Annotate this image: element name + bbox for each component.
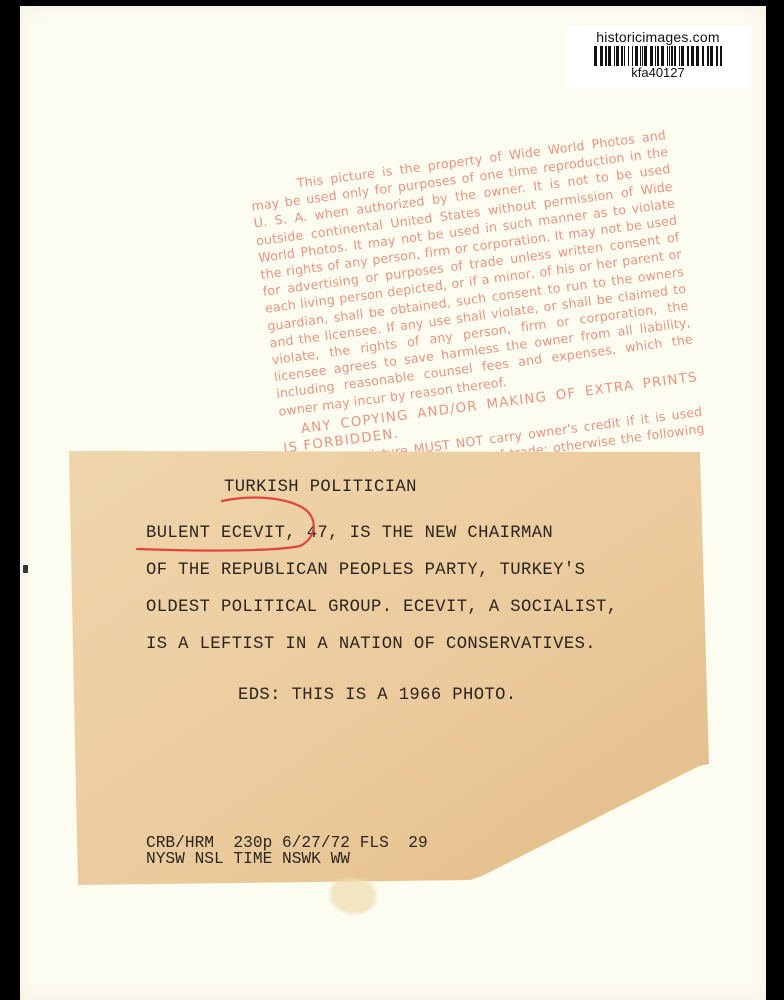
copyright-stamp: This picture is the property of Wide Wor… (248, 126, 712, 539)
sticker-code: kfa40127 (565, 66, 751, 80)
archive-sticker: historicimages.com kfa40127 (565, 26, 751, 88)
barcode-icon (594, 46, 722, 66)
sticker-site: historicimages.com (565, 29, 751, 45)
margin-mark (23, 565, 28, 573)
